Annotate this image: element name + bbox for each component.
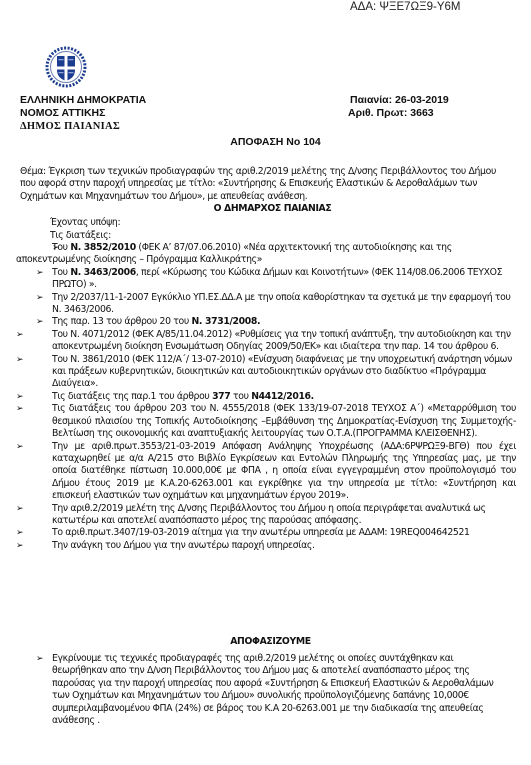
having-regard-label: Έχοντας υπόψη: [50,217,120,229]
arrow-bullet-icon: ➢ [36,653,43,665]
decision-title: ΑΠΟΦΑΣΗ Νο 104 [0,136,531,148]
consideration-item: ➢Του Ν. 3861/2010 (ΦΕΚ 112/Α΄/ 13-07-201… [16,354,516,391]
place-date: Παιανία: 26-03-2019 [348,94,449,107]
consideration-item: ➢ Της παρ. 13 του άρθρου 20 του Ν. 3731/… [16,316,516,328]
arrow-bullet-icon: ➢ [36,292,43,304]
issuer-prefecture: ΝΟΜΟΣ ΑΤΤΙΚΗΣ [20,107,146,120]
arrow-bullet-icon: ➢ [36,316,43,328]
arrow-bullet-icon: ➢ [16,391,23,403]
arrow-bullet-icon: ➢ [16,242,59,254]
document-meta: Παιανία: 26-03-2019 Αριθ. Πρωτ: 3663 [348,94,449,120]
arrow-bullet-icon: ➢ [16,503,23,515]
subject: Θέμα: Έγκριση των τεχνικών προδιαγραφών … [20,166,500,203]
decide-heading: ΑΠΟΦΑΣΙΖΟΥΜΕ [0,636,531,648]
consideration-item: ➢Το αριθ.πρωτ.3407/19-03-2019 αίτημα για… [16,527,516,539]
mayor-heading: Ο ΔΗΜΑΡΧΟΣ ΠΑΙΑΝΙΑΣ [0,203,531,215]
issuer-country: ΕΛΛΗΝΙΚΗ ΔΗΜΟΚΡΑΤΙΑ [20,94,146,107]
consideration-item: ➢Τις διατάξεις του άρθρου 203 του Ν. 455… [16,403,516,440]
arrow-bullet-icon: ➢ [16,354,23,366]
decisions-list: ➢Εγκρίνουμε τις τεχνικές προδιαγραφές τη… [36,653,506,727]
consideration-item: ➢Την ανάγκη του Δήμου για την ανωτέρω πα… [16,540,516,552]
decision-item: ➢Εγκρίνουμε τις τεχνικές προδιαγραφές τη… [36,653,506,727]
issuer-municipality: ΔΗΜΟΣ ΠΑΙΑΝΙΑΣ [20,120,146,133]
consideration-item: ➢Του Ν. 3852/2010 (ΦΕΚ Α’ 87/07.06.2010)… [16,242,516,267]
arrow-bullet-icon: ➢ [16,540,23,552]
consideration-item: ➢Τις διατάξεις της παρ.1 του άρθρου 377 … [16,391,516,403]
arrow-bullet-icon: ➢ [16,441,23,453]
consideration-item: ➢ Την 2/2037/11-1-2007 Εγκύκλιο ΥΠ.ΕΣ.ΔΔ… [16,292,516,317]
arrow-bullet-icon: ➢ [16,329,23,341]
consideration-item: ➢Την με αριθ.πρωτ.3553/21-03-2019 Απόφασ… [16,441,516,503]
arrow-bullet-icon: ➢ [16,403,23,415]
considerations-list: ➢Του Ν. 3852/2010 (ΦΕΚ Α’ 87/07.06.2010)… [16,242,516,552]
consideration-item: ➢Του Ν. 4071/2012 (ΦΕΚ Α/85/11.04.2012) … [16,329,516,354]
greek-coat-of-arms-icon [45,46,87,88]
issuer-block: ΕΛΛΗΝΙΚΗ ΔΗΜΟΚΡΑΤΙΑ ΝΟΜΟΣ ΑΤΤΙΚΗΣ ΔΗΜΟΣ … [20,94,146,133]
consideration-item: ➢Την αριθ.2/2019 μελέτη της Δ/νσης Περιβ… [16,503,516,528]
protocol-number: Αριθ. Πρωτ: 3663 [348,107,449,120]
arrow-bullet-icon: ➢ [16,527,23,539]
arrow-bullet-icon: ➢ [36,267,43,279]
provisions-label: Τις διατάξεις: [50,230,111,242]
consideration-item: ➢ Του Ν. 3463/2006, περί «Κύρωσης του Κώ… [16,267,516,292]
ada-header: ΑΔΑ: ΨΞΕ7ΩΞ9-Υ6Μ [350,1,461,13]
